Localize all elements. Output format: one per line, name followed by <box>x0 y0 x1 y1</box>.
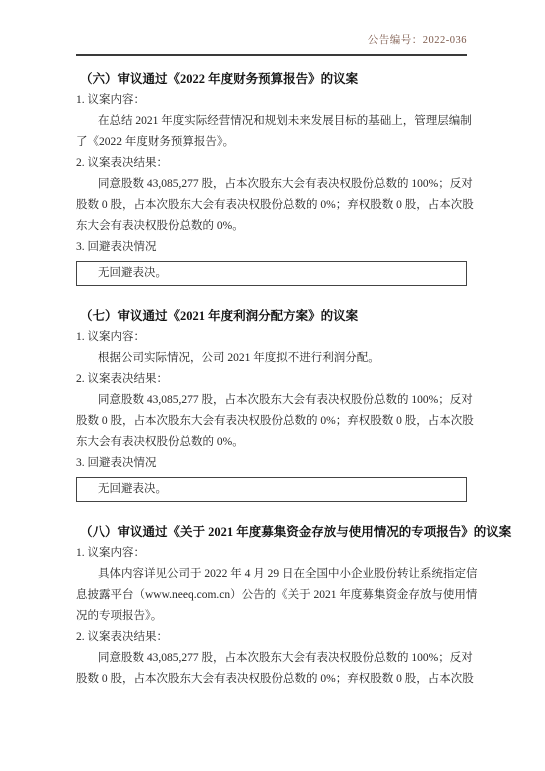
vote-result-line: 股数 0 股，占本次股东大会有表决权股份总数的 0%；弃权股数 0 股，占本次股 <box>76 411 467 432</box>
paragraph-line: 息披露平台（www.neeq.com.cn）公告的《关于 2021 年度募集资金… <box>76 585 467 606</box>
recusal-box: 无回避表决。 <box>76 477 467 502</box>
announcement-number: 公告编号：2022-036 <box>76 34 467 48</box>
vote-result-line: 股数 0 股，占本次股东大会有表决权股份总数的 0%；弃权股数 0 股，占本次股 <box>76 195 467 216</box>
announcement-page: 公告编号：2022-036 （六）审议通过《2022 年度财务预算报告》的议案 … <box>0 0 545 771</box>
item-label: 1. 议案内容： <box>76 327 467 348</box>
paragraph-line: 况的专项报告》。 <box>76 606 467 627</box>
vote-result-line: 同意股数 43,085,277 股，占本次股东大会有表决权股份总数的 100%；… <box>76 174 467 195</box>
vote-result-line: 东大会有表决权股份总数的 0%。 <box>76 216 467 237</box>
section-7: （七）审议通过《2021 年度利润分配方案》的议案 1. 议案内容： 根据公司实… <box>76 306 467 502</box>
item-label: 2. 议案表决结果： <box>76 627 467 648</box>
paragraph-line: 在总结 2021 年度实际经营情况和规划未来发展目标的基础上，管理层编制 <box>76 111 467 132</box>
item-label: 2. 议案表决结果： <box>76 153 467 174</box>
header-divider <box>76 54 467 56</box>
paragraph-line: 具体内容详见公司于 2022 年 4 月 29 日在全国中小企业股份转让系统指定… <box>76 564 467 585</box>
recusal-text: 无回避表决。 <box>98 481 462 497</box>
item-label: 1. 议案内容： <box>76 90 467 111</box>
section-title: （七）审议通过《2021 年度利润分配方案》的议案 <box>76 306 467 327</box>
section-title: （六）审议通过《2022 年度财务预算报告》的议案 <box>76 69 467 90</box>
vote-result-line: 股数 0 股，占本次股东大会有表决权股份总数的 0%；弃权股数 0 股，占本次股 <box>76 669 467 690</box>
item-label: 2. 议案表决结果： <box>76 369 467 390</box>
section-6: （六）审议通过《2022 年度财务预算报告》的议案 1. 议案内容： 在总结 2… <box>76 69 467 286</box>
paragraph-line: 根据公司实际情况，公司 2021 年度拟不进行利润分配。 <box>76 348 467 369</box>
item-label: 1. 议案内容： <box>76 543 467 564</box>
section-title: （八）审议通过《关于 2021 年度募集资金存放与使用情况的专项报告》的议案 <box>76 522 467 543</box>
vote-result-line: 同意股数 43,085,277 股，占本次股东大会有表决权股份总数的 100%；… <box>76 648 467 669</box>
recusal-box: 无回避表决。 <box>76 261 467 286</box>
recusal-text: 无回避表决。 <box>98 265 462 281</box>
recusal-status-label: 3. 回避表决情况 <box>76 237 467 258</box>
paragraph-line: 了《2022 年度财务预算报告》。 <box>76 132 467 153</box>
section-8: （八）审议通过《关于 2021 年度募集资金存放与使用情况的专项报告》的议案 1… <box>76 522 467 690</box>
recusal-status-label: 3. 回避表决情况 <box>76 453 467 474</box>
vote-result-line: 东大会有表决权股份总数的 0%。 <box>76 432 467 453</box>
vote-result-line: 同意股数 43,085,277 股，占本次股东大会有表决权股份总数的 100%；… <box>76 390 467 411</box>
